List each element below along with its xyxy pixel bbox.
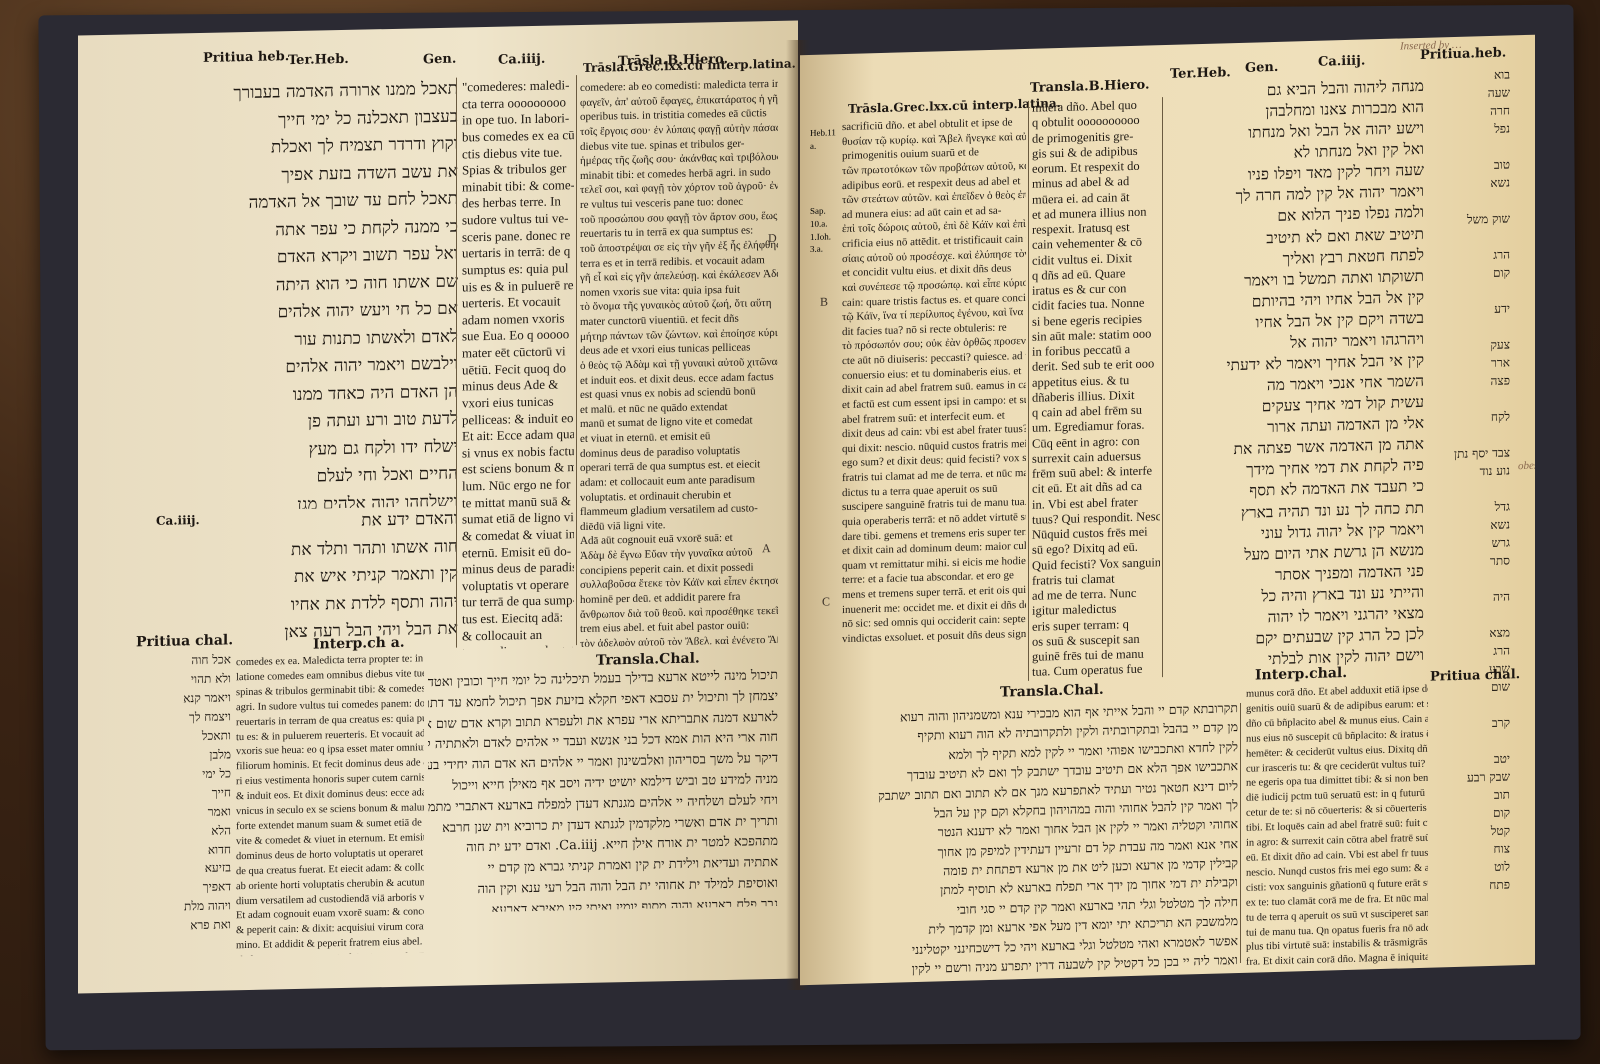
column-rule xyxy=(576,75,577,645)
root-word: נפל xyxy=(1430,119,1510,139)
root-word: קום xyxy=(1430,803,1510,823)
root-word: ואת פרא xyxy=(133,916,231,937)
root-word: גדל xyxy=(1430,497,1510,517)
root-word: צוח xyxy=(1430,839,1510,859)
header-genesis: Gen. xyxy=(423,52,456,68)
root-word: ארר xyxy=(1430,353,1510,373)
root-word: לקח xyxy=(1430,407,1510,427)
vulgate-column: "comederes: maledi- cta terra ooooooooo … xyxy=(462,77,574,649)
root-word: פצה xyxy=(1430,371,1510,391)
root-word: שבק רבע xyxy=(1430,767,1510,787)
spacer xyxy=(1430,695,1510,715)
root-word: מלבן xyxy=(133,745,231,766)
header-hebrew-text: Ter.Heb. xyxy=(1170,65,1231,82)
header-vulgate: Transla.B.Hiero. xyxy=(1030,78,1149,96)
section-primitive-chaldee: Pritiua chal. xyxy=(136,632,233,650)
header-greek: Trāsla.Grec.lxx.cū interp.latina. xyxy=(583,57,796,75)
header-primitive-hebrew: Pritiua.heb. xyxy=(1420,46,1506,63)
section-chaldee-transl: Transla.Chal. xyxy=(596,651,700,669)
root-word: תוב xyxy=(1430,785,1510,805)
spacer xyxy=(1430,425,1510,445)
vulgate-line: minus deus de paradiso xyxy=(462,559,574,578)
root-word: חייך xyxy=(133,783,231,804)
root-word: הרג xyxy=(1430,641,1510,661)
margin-letter-c: C xyxy=(822,594,830,609)
marginalia-note: obesi xyxy=(1518,460,1535,473)
hebrew-column: תאכל ממנו ארורה האדמה בעבורך בעצבון תאכל… xyxy=(138,76,458,513)
root-word: כל ימי xyxy=(133,764,231,785)
section-chaldee-interp: Interp.ch a. xyxy=(313,635,405,653)
column-rule xyxy=(456,78,457,648)
vulgate-line: "comederes: maledi- xyxy=(462,77,574,96)
greek-column: sacrificiū dño. et abel obtulit et ipse … xyxy=(842,115,1026,680)
root-word: ויאמר קנא xyxy=(133,688,231,709)
vulgate-line: uerteris. Et vocauit xyxy=(462,293,574,312)
root-word: סתר xyxy=(1430,551,1510,571)
root-word: חדוא xyxy=(133,840,231,861)
root-word: קרב xyxy=(1430,713,1510,733)
header-genesis: Gen. xyxy=(1245,60,1278,76)
column-rule xyxy=(1028,101,1029,681)
column-rule xyxy=(1240,703,1241,963)
root-word: פתח xyxy=(1430,875,1510,895)
root-word: יטב xyxy=(1430,749,1510,769)
root-word: גרש xyxy=(1430,533,1510,553)
root-word: ואמר xyxy=(133,802,231,823)
spacer xyxy=(1430,227,1510,247)
margin-letter-b: B xyxy=(820,294,828,309)
vulgate-column: mūera dño. Abel quo q obtulit oooooooooo… xyxy=(1032,97,1160,681)
spacer xyxy=(1430,569,1510,589)
root-word: היה xyxy=(1430,587,1510,607)
root-word: הלא xyxy=(133,821,231,842)
section-primitive-chaldee: Pritiua chal. xyxy=(1430,667,1520,685)
spacer xyxy=(1430,731,1510,751)
root-word: אכל חוה xyxy=(133,650,231,671)
root-word: קום xyxy=(1430,263,1510,283)
chaldee-interp-column: munus corā dño. Et abel adduxit etiā ips… xyxy=(1246,683,1428,968)
vulgate-line: & comedat & viuat in xyxy=(462,526,574,545)
chaldee-transl-column: תיכול מינה לייטא ארעא בדילך בעמל תיכלינה… xyxy=(428,666,778,913)
header-chapter: Ca.iiij. xyxy=(1318,53,1365,69)
primitive-chaldee-column: אכל חוה ולא תהוי ויאמר קנא ויצמח לך ותאכ… xyxy=(133,650,231,952)
spacer xyxy=(1430,191,1510,211)
header-chapter: Ca.iiij. xyxy=(498,52,545,68)
root-word: נוע נוד xyxy=(1430,461,1510,481)
root-word: הרג xyxy=(1430,245,1510,265)
vulgate-line: mater eēt cūctorū vi xyxy=(462,343,574,362)
vulgate-line: Spias & tribulos ger xyxy=(462,160,574,179)
spacer xyxy=(1430,479,1510,499)
primitive-hebrew-column: בוא שעה חרה נפל טוב נשא שוק משל הרג קום … xyxy=(1430,65,1510,947)
right-page: Inserted by … Trāsla.Grec.lxx.cū interp.… xyxy=(800,35,1535,986)
root-word: בוא xyxy=(1430,65,1510,85)
vulgate-line: sudore vultus tui ve- xyxy=(462,210,574,229)
spacer xyxy=(1430,281,1510,301)
root-word: לוט xyxy=(1430,857,1510,877)
root-word: שוק משל xyxy=(1430,209,1510,229)
vulgate-line: tus est. Eiecitq adā: xyxy=(462,609,574,628)
greek-column: comedere: ab eo comedisti: maledicta ter… xyxy=(580,77,778,647)
chaldee-interp-column: comedes ex ea. Maledicta terra propter t… xyxy=(236,652,424,956)
spacer xyxy=(1430,605,1510,625)
root-word: ידע xyxy=(1430,299,1510,319)
left-page: Pritiua heb. Ter.Heb. Gen. Ca.iiij. Trās… xyxy=(78,20,798,993)
spacer xyxy=(1430,389,1510,409)
root-word: צבד יסף נתן xyxy=(1430,443,1510,463)
root-word: ותאכל xyxy=(133,726,231,747)
vulgate-line: Et ait: Ecce adam qua- xyxy=(462,426,574,445)
chaldee-transl-column: תקרובתא קדם יי והבל אייתי אף הוא מבכירי … xyxy=(838,698,1238,979)
margin-note-sap: Sap. 10.a. 1.Ioh. 3.a. xyxy=(810,204,844,256)
root-word: שעה xyxy=(1430,83,1510,103)
vulgate-line: minus deus Ade & xyxy=(462,376,574,395)
root-word: בזיעא xyxy=(133,859,231,880)
root-word: ולא תהוי xyxy=(133,669,231,690)
root-word: חרה xyxy=(1430,101,1510,121)
margin-letter-a: A xyxy=(762,541,771,556)
root-word: דאפיך xyxy=(133,878,231,899)
header-hebrew-text: Ter.Heb. xyxy=(288,52,349,68)
column-rule xyxy=(1162,97,1163,677)
header-primitive-hebrew: Pritiua heb. xyxy=(203,49,289,66)
root-word: צעק xyxy=(1430,335,1510,355)
root-word: נשא xyxy=(1430,515,1510,535)
hebrew-column: מנחה ליהוה והבל הביא גם הוא מבכרות צאנו … xyxy=(1166,76,1424,683)
section-chaldee-interp: Interp.chal. xyxy=(1255,665,1347,684)
spacer xyxy=(1430,137,1510,157)
root-word: נשא xyxy=(1430,173,1510,193)
margin-note-heb11: Heb.11 a. xyxy=(810,126,844,152)
vulgate-line: sumptus es: quia pul xyxy=(462,260,574,279)
root-word: קטל xyxy=(1430,821,1510,841)
vulgate-line: bus comedes ex ea cū xyxy=(462,127,574,146)
root-word: ויהוה מלת xyxy=(133,897,231,918)
margin-letter-d: D xyxy=(768,231,777,246)
root-word: מצא xyxy=(1430,623,1510,643)
vulgate-line: te paradisum voluptatis xyxy=(462,642,574,649)
root-word: ויצמח לך xyxy=(133,707,231,728)
section-chaldee-transl: Transla.Chal. xyxy=(1000,682,1104,701)
vulgate-line: lum. Nūc ergo ne for xyxy=(462,476,574,495)
root-word: טוב xyxy=(1430,155,1510,175)
spacer xyxy=(1430,317,1510,337)
